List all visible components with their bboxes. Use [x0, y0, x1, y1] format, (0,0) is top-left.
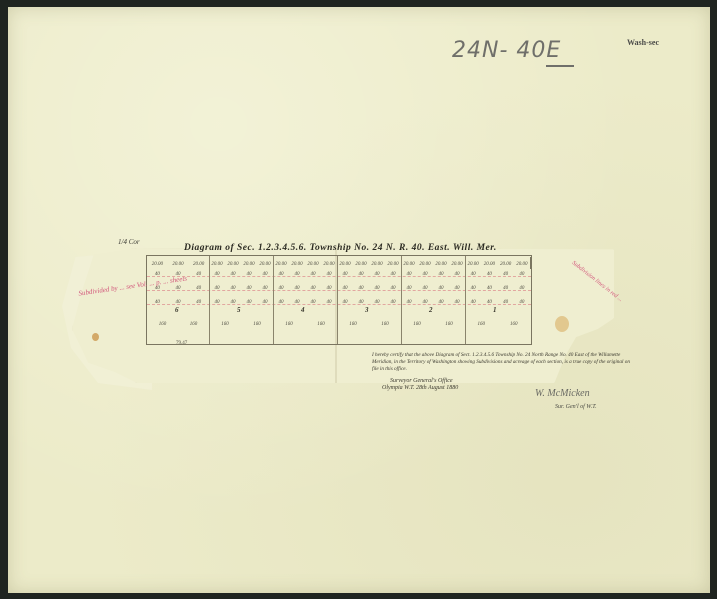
- certification-text: I hereby certify that the above Diagram …: [372, 352, 632, 373]
- section-2: 20.0020.0020.0020.00 40404040 40404040 4…: [401, 256, 466, 344]
- section-grid: 20.0020.0020.00 404040 404040 404040 6 1…: [146, 255, 532, 345]
- signature: W. McMicken: [535, 388, 590, 399]
- pencil-township-code: 24N- 40E: [452, 38, 561, 63]
- lot-row: 160160: [147, 322, 209, 327]
- corner-note: 1/4 Cor: [118, 238, 140, 246]
- section-5: 20.0020.0020.0020.00 40404040 40404040 4…: [209, 256, 274, 344]
- section-1: 20.0020.0020.0020.00 40404040 40404040 4…: [465, 256, 530, 344]
- office-name: Surveyor General's Office: [390, 378, 632, 385]
- underline: [546, 65, 574, 67]
- lot-row: 404040: [147, 286, 209, 291]
- section-number: 2: [429, 306, 433, 314]
- rust-stain: [92, 333, 99, 341]
- section-number: 5: [237, 306, 241, 314]
- water-stain: [555, 316, 569, 332]
- signature-title: Sur. Gen'l of W.T.: [555, 404, 597, 410]
- section-6: 20.0020.0020.00 404040 404040 404040 6 1…: [147, 256, 210, 344]
- archive-stamp: Wash-sec: [627, 38, 659, 47]
- section-3: 20.0020.0020.0020.00 40404040 40404040 4…: [337, 256, 402, 344]
- section-number: 6: [175, 306, 179, 314]
- section-4: 20.0020.0020.0020.00 40404040 40404040 4…: [273, 256, 338, 344]
- certification-date: Olympia W.T. 28th August 1880: [382, 385, 632, 392]
- pencil-code-text: 24N- 40E: [452, 38, 561, 63]
- section-number: 4: [301, 306, 305, 314]
- bottom-scale: 79.47: [176, 341, 187, 346]
- section-number: 3: [365, 306, 369, 314]
- certification-block: I hereby certify that the above Diagram …: [372, 352, 632, 392]
- map-title: Diagram of Sec. 1.2.3.4.5.6. Township No…: [184, 243, 497, 253]
- section-number: 1: [493, 306, 497, 314]
- lot-row: 404040: [147, 300, 209, 305]
